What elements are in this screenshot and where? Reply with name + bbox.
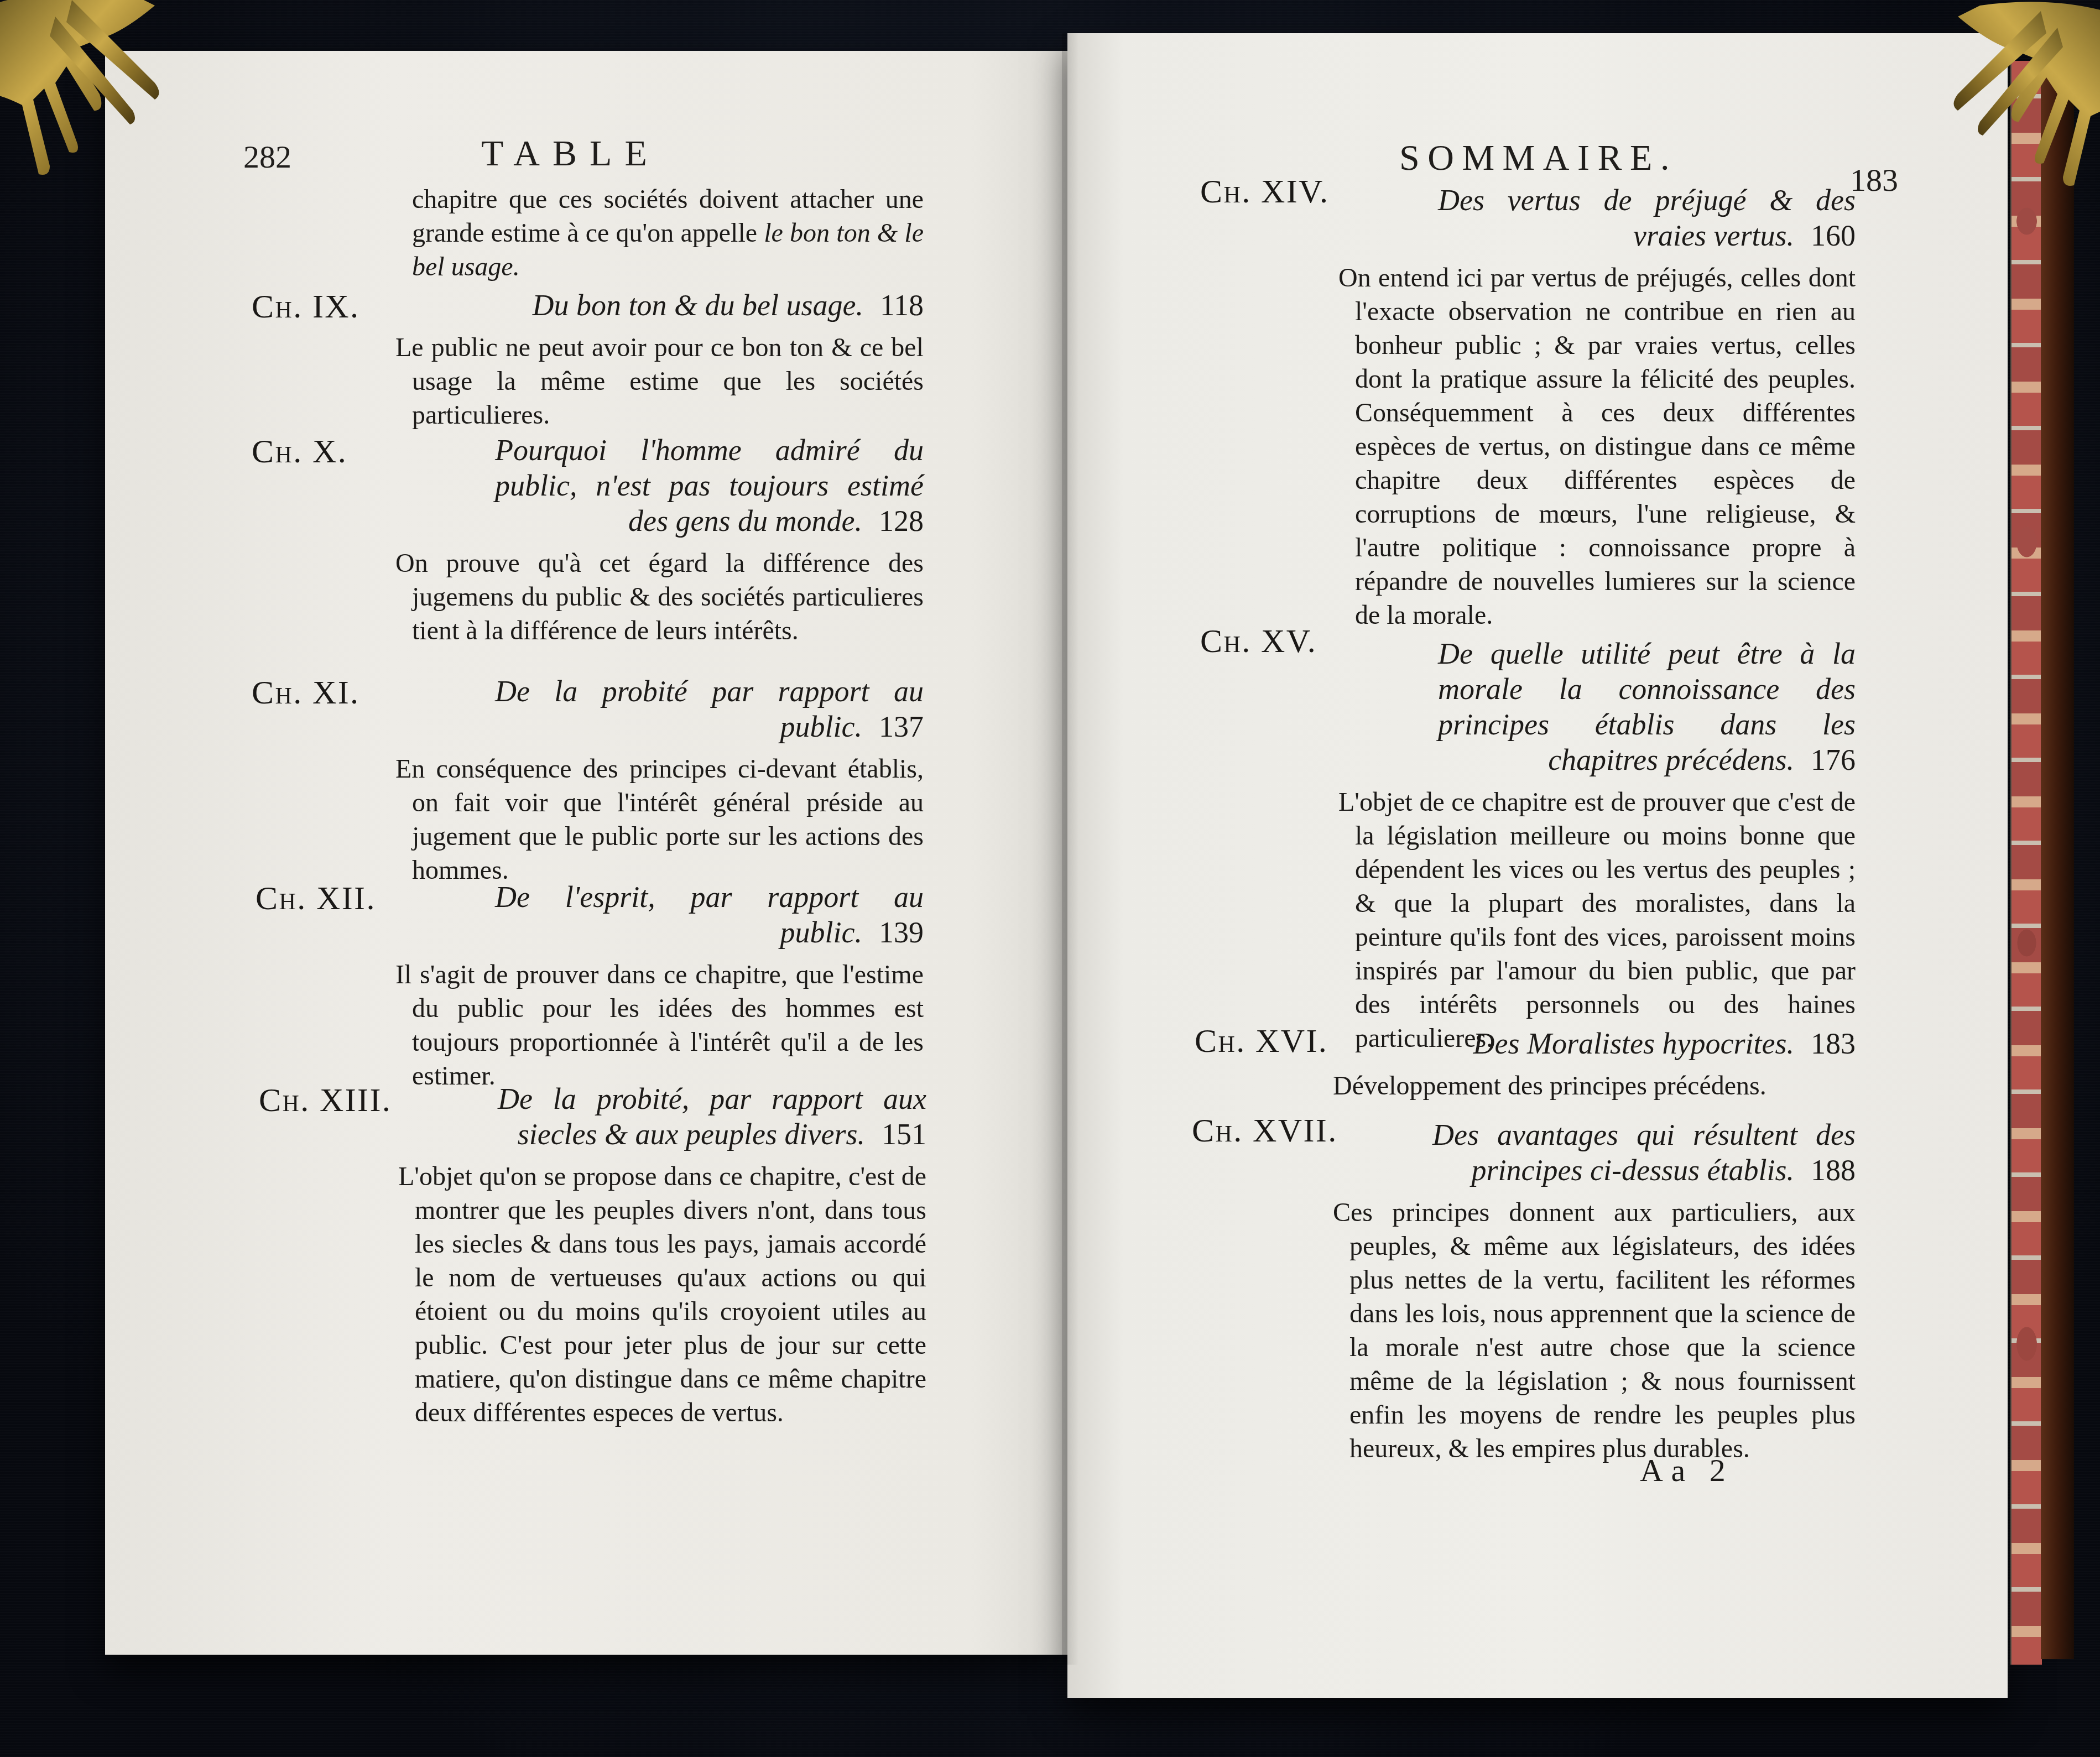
toc-entry-xiii: De la probité, par rapport aux siecles &… [398, 1081, 926, 1430]
right-running-head: SOMMAIRE. [1399, 137, 1677, 179]
chapter-summary: Développement des principes précédens. [1333, 1069, 1856, 1103]
chapter-label-xi: Ch. XI. [252, 674, 359, 712]
chapter-page: 137 [879, 710, 924, 743]
chapter-page: 151 [882, 1118, 926, 1151]
chapter-title: De la probité, par rapport aux siecles &… [498, 1082, 926, 1151]
toc-entry-ix: Du bon ton & du bel usage.118 Le public … [395, 288, 924, 432]
chapter-label-xvii: Ch. XVII. [1192, 1112, 1338, 1150]
toc-entry-xv: De quelle utilité peut être à la morale … [1338, 636, 1856, 1055]
chapter-page: 176 [1811, 743, 1856, 776]
chapter-page: 128 [879, 504, 924, 538]
toc-entry-xiv: Des vertus de préjugé & des vraies vertu… [1338, 183, 1856, 632]
left-page-number: 282 [243, 138, 291, 175]
chapter-summary: Ces principes donnent aux particuliers, … [1333, 1196, 1856, 1466]
marbled-page-edge [2010, 61, 2042, 1665]
chapter-summary: On entend ici par vertus de préjugés, ce… [1338, 261, 1856, 632]
signature-mark: Aa 2 [1640, 1452, 1733, 1489]
toc-entry-x: Pourquoi l'homme admiré du public, n'est… [395, 432, 924, 648]
chapter-summary: Il s'agit de prouver dans ce chapitre, q… [395, 958, 924, 1093]
gutter-shadow [1062, 33, 1078, 1665]
chapter-title: Des vertus de préjugé & des vraies vertu… [1438, 184, 1856, 252]
chapter-label-x: Ch. X. [252, 432, 347, 471]
chapter-title: Des Moralistes hypocrites. [1473, 1027, 1794, 1060]
chapter-page: 188 [1811, 1154, 1856, 1187]
chapter-title: Des avantages qui résultent des principe… [1432, 1118, 1856, 1187]
chapter-summary: L'objet de ce chapitre est de prouver qu… [1338, 785, 1856, 1055]
chapter-label-xvi: Ch. XVI. [1195, 1022, 1328, 1060]
chapter-page: 160 [1811, 219, 1856, 252]
left-running-head: TABLE [481, 133, 660, 175]
chapter-summary: En conséquence des principes ci-devant é… [395, 752, 924, 887]
chapter-title: De la probité par rapport au public. [495, 675, 924, 743]
toc-entry-xii: De l'esprit, par rapport au public.139 I… [395, 879, 924, 1093]
chapter-page: 183 [1811, 1027, 1856, 1060]
toc-entry-xvii: Des avantages qui résultent des principe… [1333, 1117, 1856, 1466]
chapter-title: Du bon ton & du bel usage. [533, 289, 863, 322]
left-continuation: chapitre que ces sociétés doivent attach… [412, 183, 924, 284]
chapter-label-xv: Ch. XV. [1200, 622, 1317, 660]
chapter-label-ix: Ch. IX. [252, 288, 359, 326]
chapter-label-xiii: Ch. XIII. [259, 1081, 392, 1119]
chapter-title: De quelle utilité peut être à la morale … [1438, 637, 1856, 776]
chapter-page: 118 [880, 289, 924, 322]
toc-entry-xi: De la probité par rapport au public.137 … [395, 674, 924, 887]
toc-entry-xvi: Des Moralistes hypocrites.183 Développem… [1333, 1026, 1856, 1103]
right-page-number: 183 [1850, 161, 1898, 199]
chapter-summary: On prouve qu'à cet égard la différence d… [395, 546, 924, 648]
chapter-title: Pourquoi l'homme admiré du public, n'est… [495, 434, 924, 538]
chapter-summary: Le public ne peut avoir pour ce bon ton … [395, 331, 924, 432]
chapter-page: 139 [879, 916, 924, 949]
brass-hand-clip-left-icon [0, 0, 221, 183]
chapter-label-xii: Ch. XII. [256, 879, 376, 917]
chapter-summary: L'objet qu'on se propose dans ce chapitr… [398, 1160, 926, 1430]
chapter-title: De l'esprit, par rapport au public. [495, 880, 924, 949]
leather-cover-edge [2041, 55, 2074, 1659]
brass-hand-clip-right-icon [1891, 0, 2100, 194]
chapter-label-xiv: Ch. XIV. [1200, 173, 1329, 211]
